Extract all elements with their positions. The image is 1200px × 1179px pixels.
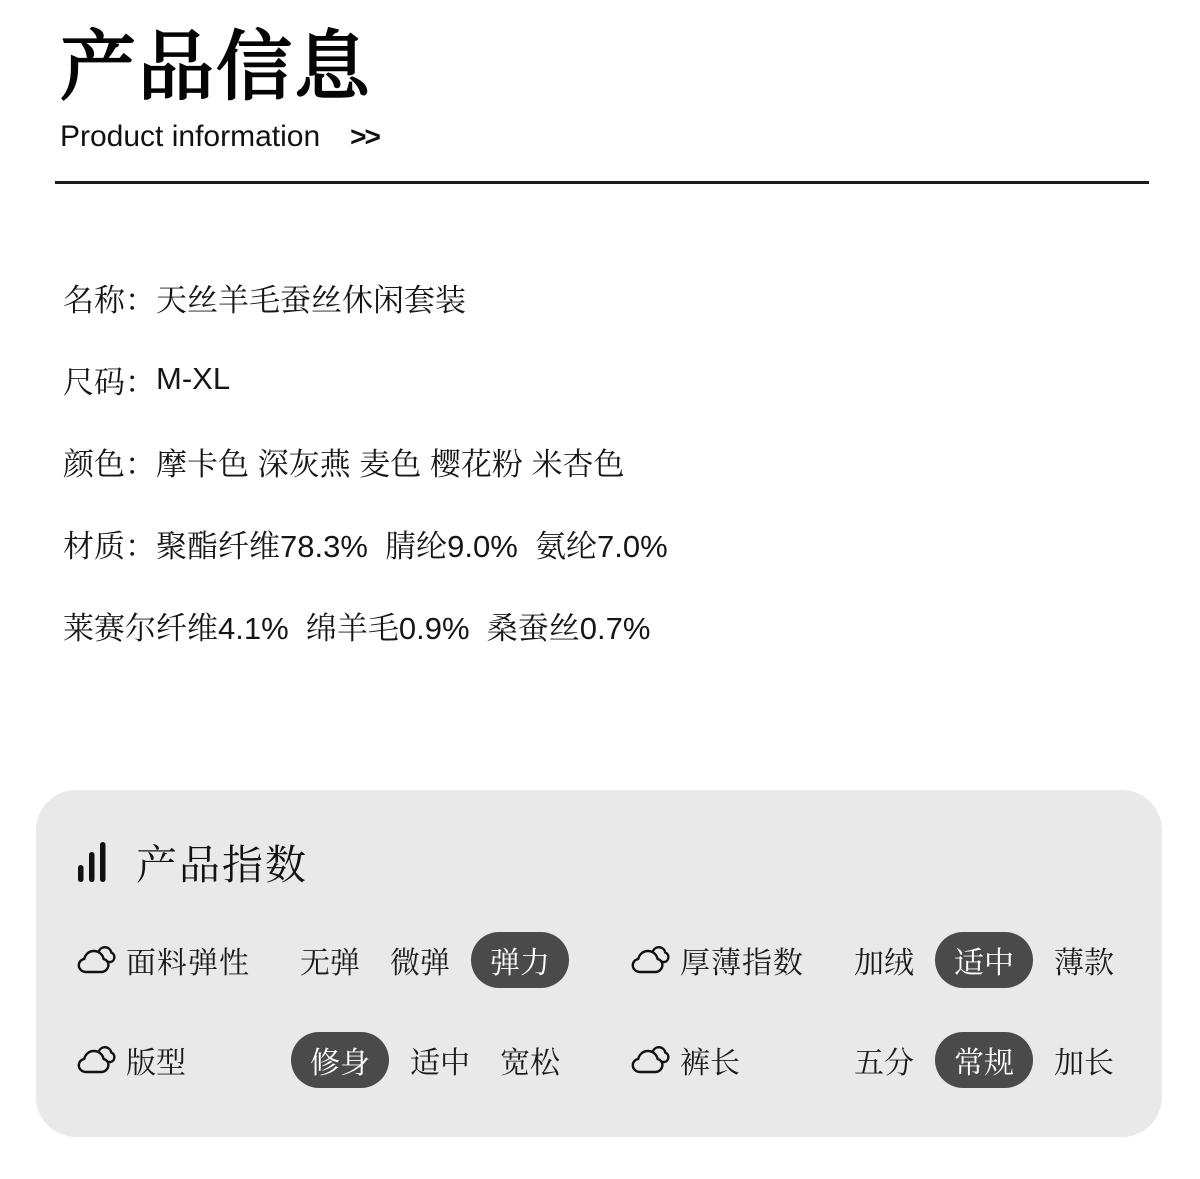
info-row-material: 材质： 聚酯纤维78.3% 腈纶9.0% 氨纶7.0% <box>63 502 668 584</box>
info-value: 摩卡色 深灰燕 麦色 樱花粉 米杏色 <box>156 439 624 484</box>
info-value: 聚酯纤维78.3% 腈纶9.0% 氨纶7.0% <box>156 521 668 566</box>
index-option: 适中 <box>935 932 1033 988</box>
index-option: 微弹 <box>390 938 450 982</box>
info-label: 名称： <box>63 275 156 320</box>
index-option: 五分 <box>854 1038 914 1082</box>
page-title: 产品信息 <box>60 26 379 110</box>
option-group: 无弹 微弹 弹力 <box>300 938 560 982</box>
info-label: 尺码： <box>63 357 156 402</box>
index-card-header: 产品指数 <box>78 832 308 891</box>
info-value: 莱赛尔纤维4.1% 绵羊毛0.9% 桑蚕丝0.7% <box>63 603 650 648</box>
bar-chart-icon <box>78 840 108 884</box>
index-item-fit: 版型 修身 适中 宽松 <box>76 1029 630 1091</box>
index-option: 加长 <box>1054 1038 1114 1082</box>
index-card-title: 产品指数 <box>136 832 308 891</box>
option-group: 修身 适中 宽松 <box>300 1038 560 1082</box>
index-label: 版型 <box>126 1038 266 1082</box>
index-option: 常规 <box>935 1032 1033 1088</box>
index-label: 面料弹性 <box>126 938 266 982</box>
index-option: 宽松 <box>500 1038 560 1082</box>
option-group: 五分 常规 加长 <box>854 1038 1114 1082</box>
info-label: 颜色： <box>63 439 156 484</box>
product-info-page: 产品信息 Product information >> 名称： 天丝羊毛蚕丝休闲… <box>0 0 1200 1179</box>
index-option: 弹力 <box>471 932 569 988</box>
info-row-size: 尺码： M-XL <box>63 338 668 420</box>
cloud-icon <box>630 1043 670 1077</box>
cloud-icon <box>76 943 116 977</box>
index-option: 薄款 <box>1054 938 1114 982</box>
info-label: 材质： <box>63 521 156 566</box>
info-row-material-cont: 莱赛尔纤维4.1% 绵羊毛0.9% 桑蚕丝0.7% <box>63 584 668 666</box>
index-item-elasticity: 面料弹性 无弹 微弹 弹力 <box>76 929 630 991</box>
chevron-right-double-icon: >> <box>350 121 379 153</box>
index-item-thickness: 厚薄指数 加绒 适中 薄款 <box>630 929 1142 991</box>
page-subtitle-row: Product information >> <box>60 120 379 154</box>
cloud-icon <box>76 1043 116 1077</box>
index-grid: 面料弹性 无弹 微弹 弹力 厚薄指数 加绒 适中 <box>76 929 1142 1091</box>
info-value: 天丝羊毛蚕丝休闲套装 <box>156 275 466 320</box>
index-option: 无弹 <box>300 938 360 982</box>
product-index-card: 产品指数 面料弹性 无弹 微弹 弹力 <box>36 790 1162 1137</box>
info-row-color: 颜色： 摩卡色 深灰燕 麦色 樱花粉 米杏色 <box>63 420 668 502</box>
option-group: 加绒 适中 薄款 <box>854 938 1114 982</box>
index-option: 加绒 <box>854 938 914 982</box>
index-label: 厚薄指数 <box>680 938 820 982</box>
header-divider <box>55 181 1149 184</box>
page-subtitle: Product information <box>60 120 320 154</box>
index-option: 修身 <box>291 1032 389 1088</box>
info-row-name: 名称： 天丝羊毛蚕丝休闲套装 <box>63 256 668 338</box>
index-label: 裤长 <box>680 1038 820 1082</box>
index-item-pant-length: 裤长 五分 常规 加长 <box>630 1029 1142 1091</box>
product-info-list: 名称： 天丝羊毛蚕丝休闲套装 尺码： M-XL 颜色： 摩卡色 深灰燕 麦色 樱… <box>63 256 668 666</box>
cloud-icon <box>630 943 670 977</box>
page-header: 产品信息 Product information >> <box>60 26 379 154</box>
info-value: M-XL <box>156 361 230 397</box>
index-option: 适中 <box>410 1038 470 1082</box>
